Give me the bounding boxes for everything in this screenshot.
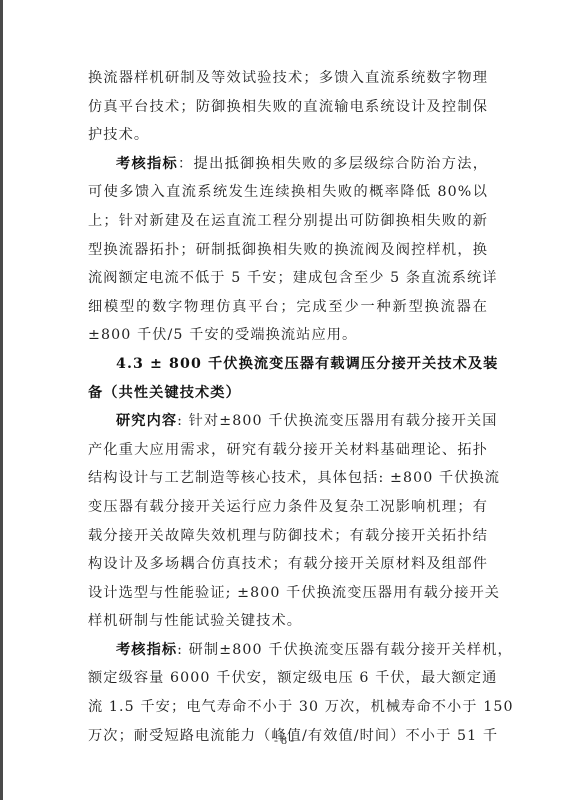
paragraph-1-line-1: 换流器样机研制及等效试验技术；多馈入直流系统数字物理 <box>88 64 488 93</box>
research-content-line-1: 研究内容: 针对±800 千伏换流变压器用有载分接开关国 <box>88 407 488 436</box>
assessment-indicators-line-4: 型换流器拓扑；研制抵御换相失败的换流阀及阀控样机，换 <box>88 236 488 265</box>
assessment-indicators-line-5: 流阀额定电流不低于 5 千安；建成包含至少 5 条直流系统详 <box>88 264 488 293</box>
research-content-line-3: 结构设计与工艺制造等核心技术，具体包括: ±800 千伏换流 <box>88 464 488 493</box>
paragraph-1-line-2: 仿真平台技术；防御换相失败的直流输电系统设计及控制保 <box>88 93 488 122</box>
research-content-line-5: 载分接开关故障失效机理与防御技术；有载分接开关拓扑结 <box>88 522 488 551</box>
research-content-line-6: 构设计及多场耦合仿真技术；有载分接开关原材料及组部件 <box>88 550 488 579</box>
assessment-indicators-2-text: : 研制±800 千伏换流变压器有载分接开关样机， <box>177 642 513 658</box>
section-heading-line-2: 备（共性关键技术类） <box>88 379 488 408</box>
assessment-indicators-line-1: 考核指标：提出抵御换相失败的多层级综合防治方法， <box>88 150 488 179</box>
research-content-line-7: 设计选型与性能验证; ±800 千伏换流变压器用有载分接开关 <box>88 579 488 608</box>
page-number: - 8 - <box>0 733 568 748</box>
research-content-line-2: 产化重大应用需求，研究有载分接开关材料基础理论、拓扑 <box>88 436 488 465</box>
viewer-left-edge <box>0 0 3 800</box>
research-content-label: 研究内容 <box>116 413 177 429</box>
assessment-indicators-2-label: 考核指标 <box>116 642 177 658</box>
assessment-indicators-label: 考核指标 <box>116 156 178 172</box>
section-heading-line-1: 4.3 ± 800 千伏换流变压器有载调压分接开关技术及装 <box>88 350 488 379</box>
paragraph-1-line-3: 护技术。 <box>88 121 488 150</box>
document-page: 换流器样机研制及等效试验技术；多馈入直流系统数字物理 仿真平台技术；防御换相失败… <box>0 0 568 800</box>
assessment-indicators-text: ：提出抵御换相失败的多层级综合防治方法， <box>178 156 488 172</box>
assessment-indicators-2-line-1: 考核指标: 研制±800 千伏换流变压器有载分接开关样机， <box>88 636 488 665</box>
research-content-line-4: 变压器有载分接开关运行应力条件及复杂工况影响机理；有 <box>88 493 488 522</box>
body-text: 换流器样机研制及等效试验技术；多馈入直流系统数字物理 仿真平台技术；防御换相失败… <box>88 64 488 750</box>
assessment-indicators-line-3: 上；针对新建及在运直流工程分别提出可防御换相失败的新 <box>88 207 488 236</box>
assessment-indicators-2-line-2: 额定级容量 6000 千伏安，额定级电压 6 千伏，最大额定通 <box>88 664 488 693</box>
assessment-indicators-2-line-3: 流 1.5 千安；电气寿命不小于 30 万次，机械寿命不小于 150 <box>88 693 488 722</box>
research-content-line-8: 样机研制与性能试验关键技术。 <box>88 607 488 636</box>
research-content-text: : 针对±800 千伏换流变压器用有载分接开关国 <box>177 413 497 429</box>
assessment-indicators-line-7: ±800 千伏/5 千安的受端换流站应用。 <box>88 321 488 350</box>
assessment-indicators-line-6: 细模型的数字物理仿真平台；完成至少一种新型换流器在 <box>88 293 488 322</box>
assessment-indicators-line-2: 可使多馈入直流系统发生连续换相失败的概率降低 80%以 <box>88 178 488 207</box>
